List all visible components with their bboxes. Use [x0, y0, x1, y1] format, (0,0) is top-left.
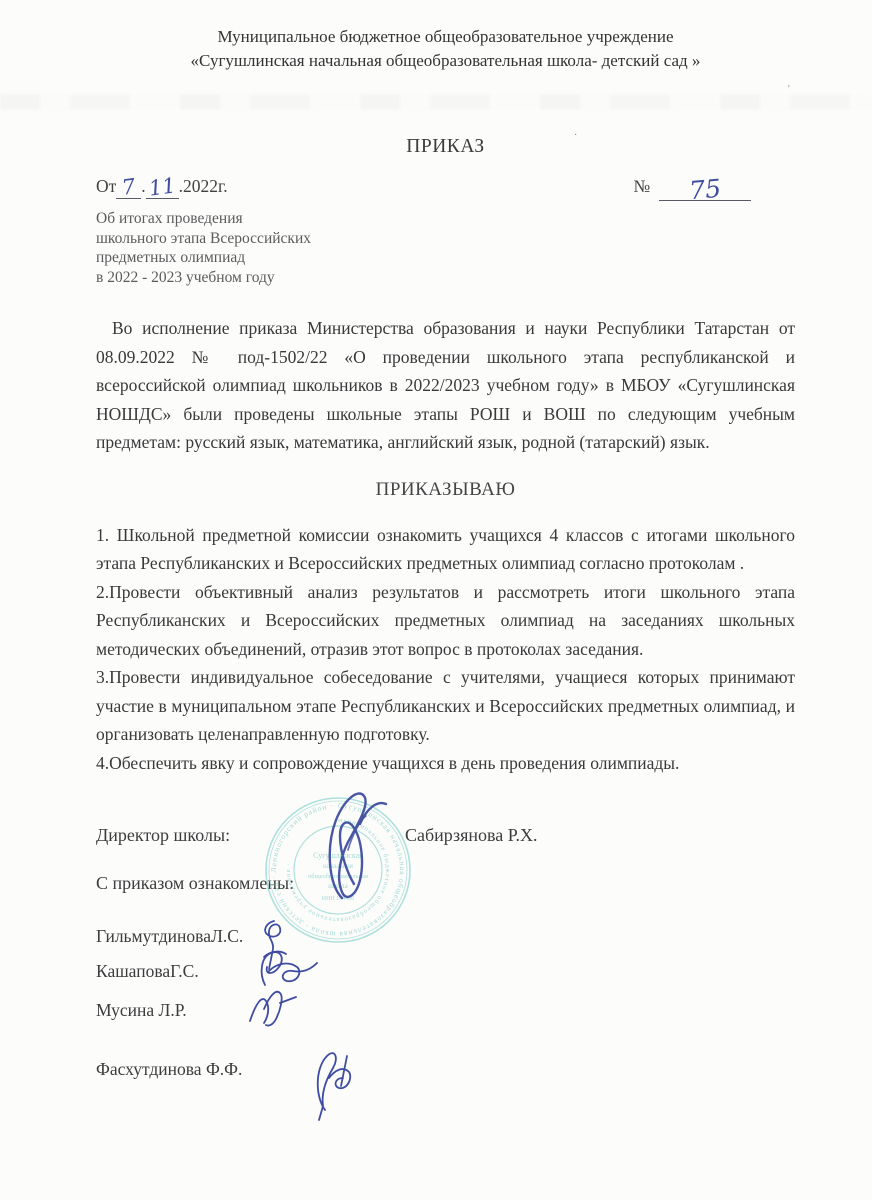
- order-date: От7.11.2022г.: [96, 175, 228, 197]
- director-name: Сабирзянова Р.Х.: [405, 825, 538, 846]
- director-signature-row: Директор школы: Сабирзянова Р.Х.: [96, 825, 795, 846]
- acknowledged-label: С приказом ознакомлены:: [96, 873, 795, 894]
- acknowledger-name: ГильмутдиноваЛ.С.: [96, 926, 243, 946]
- subject-line: Об итогах проведения: [96, 209, 795, 229]
- number-sign: №: [634, 176, 651, 196]
- order-item-1: 1. Школьной предметной комиссии ознакоми…: [96, 521, 795, 578]
- subject-line: школьного этапа Всероссийских: [96, 229, 795, 249]
- date-prefix: От: [96, 176, 116, 196]
- organization-name-line1: Муниципальное бюджетное общеобразователь…: [96, 25, 795, 49]
- order-items: 1. Школьной предметной комиссии ознакоми…: [96, 521, 795, 778]
- organization-header: Муниципальное бюджетное общеобразователь…: [96, 25, 795, 73]
- handwritten-month: 11: [147, 175, 176, 200]
- acknowledger-row: Мусина Л.Р.: [96, 989, 795, 1014]
- order-subject: Об итогах проведения школьного этапа Все…: [96, 209, 795, 287]
- acknowledger-name: КашаповаГ.С.: [96, 961, 199, 981]
- scanned-order-document: ' · Муниципальное бюджетное общеобразова…: [0, 0, 872, 1200]
- order-item-2: 2.Провести объективный анализ результато…: [96, 578, 795, 664]
- signature-ink-musina: [246, 983, 302, 1029]
- acknowledger-row: ГильмутдиноваЛ.С.: [96, 909, 795, 934]
- date-year: .2022г.: [179, 176, 228, 196]
- signature-ink-fashutdinova: [303, 1048, 357, 1122]
- document-title: ПРИКАЗ: [96, 136, 795, 158]
- acknowledger-name: Мусина Л.Р.: [96, 1000, 187, 1020]
- resolution-heading: ПРИКАЗЫВАЮ: [96, 479, 795, 501]
- acknowledger-name: Фасхутдинова Ф.Ф.: [96, 1059, 242, 1079]
- organization-name-line2: «Сугушлинская начальная общеобразователь…: [96, 49, 795, 73]
- subject-line: предметных олимпиад: [96, 248, 795, 268]
- acknowledger-row: КашаповаГ.С.: [96, 949, 795, 974]
- handwritten-order-number: 75: [688, 176, 722, 204]
- subject-line: в 2022 - 2023 учебном году: [96, 268, 795, 288]
- signature-ink-director: [302, 780, 406, 912]
- handwritten-day: 7: [121, 176, 137, 199]
- date-number-row: От7.11.2022г. № 75: [96, 171, 795, 197]
- preamble-paragraph: Во исполнение приказа Министерства образ…: [96, 314, 795, 457]
- acknowledger-row: Фасхутдинова Ф.Ф.: [96, 1034, 795, 1059]
- order-item-4: 4.Обеспечить явку и сопровождение учащих…: [96, 749, 795, 778]
- order-item-3: 3.Провести индивидуальное собеседование …: [96, 663, 795, 749]
- order-number: № 75: [634, 171, 751, 197]
